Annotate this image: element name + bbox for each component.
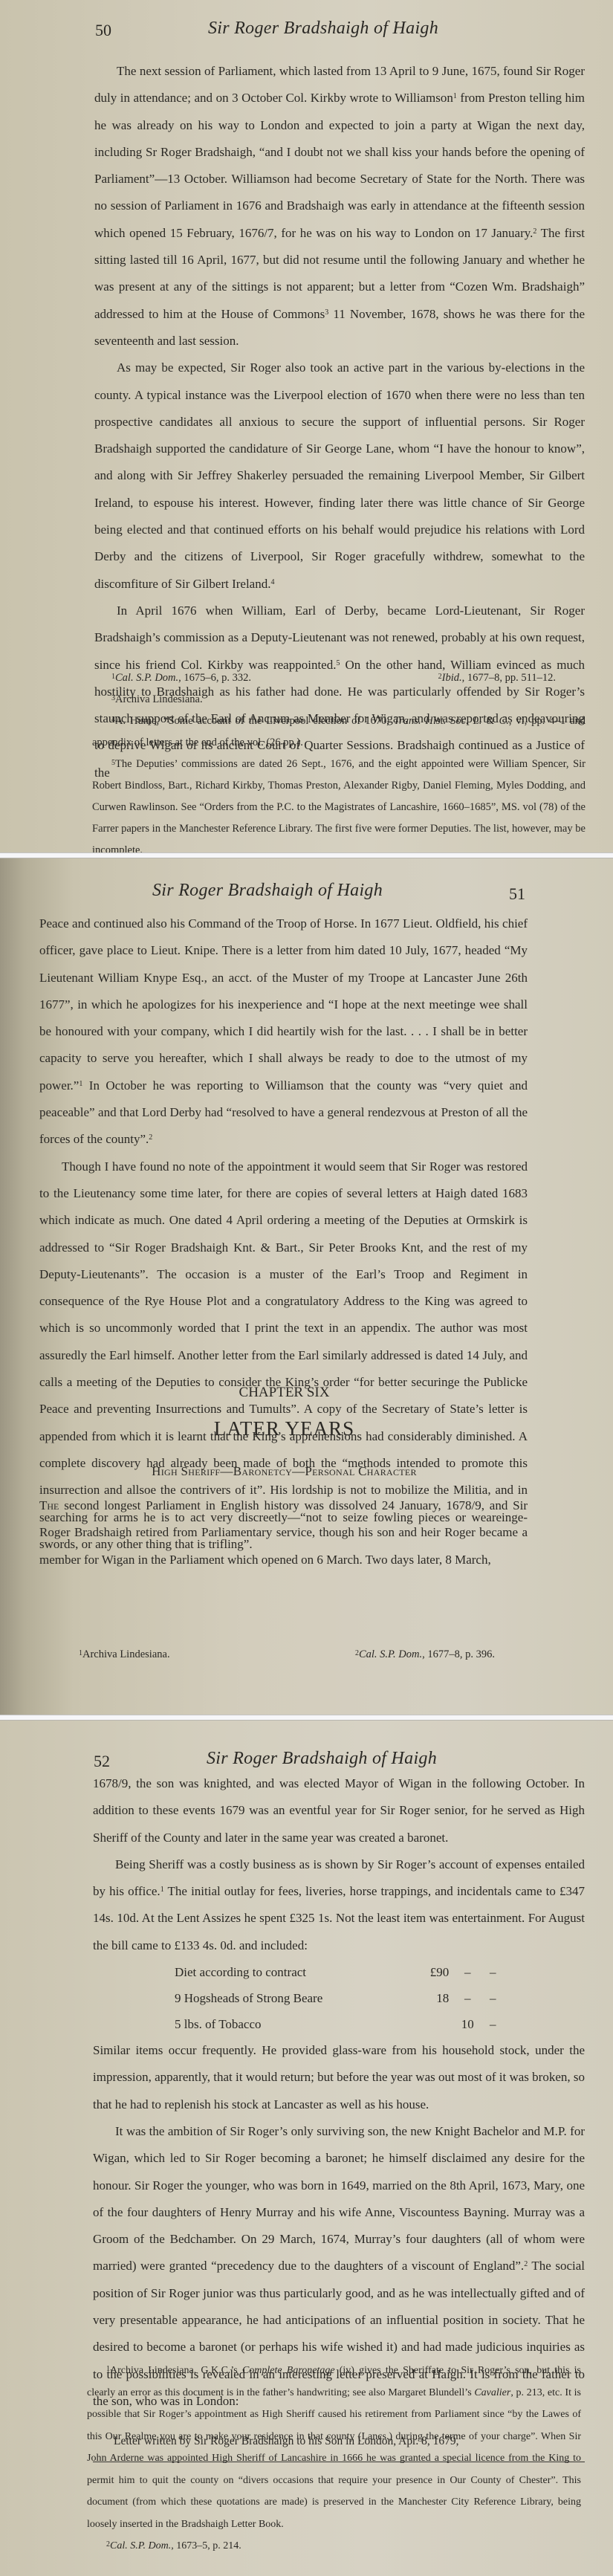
- footnote-ref: 5: [336, 659, 340, 667]
- table-row: 5 lbs. of Tobacco10–: [175, 2011, 505, 2037]
- page-number: 51: [509, 884, 525, 904]
- paragraph: The second longest Parliament in English…: [39, 1492, 528, 1573]
- paragraph: Being Sheriff was a costly business as i…: [93, 1851, 585, 1959]
- page-number: 50: [95, 21, 111, 40]
- drop-word: The: [39, 1498, 59, 1512]
- page-number: 52: [94, 1752, 110, 1771]
- table-row: Diet according to contract£90––: [175, 1959, 505, 1985]
- footnote-ref: 1: [160, 1886, 164, 1894]
- paragraph: Peace and continued also his Command of …: [39, 910, 528, 1153]
- footnote-ref: 3: [325, 308, 328, 317]
- footnote-ref: 2: [533, 227, 536, 236]
- paragraph: The next session of Parliament, which la…: [94, 58, 585, 355]
- footnote: 1Archiva Lindesiana. G.K.C.’s Complete B…: [87, 2360, 581, 2535]
- footnote-row: 1Cal. S.P. Dom., 1675–6, p. 332. 2Ibid.,…: [92, 667, 586, 689]
- page-separator: [0, 852, 613, 858]
- footnote-row: 1Archiva Lindesiana. 2Cal. S.P. Dom., 16…: [79, 1644, 495, 1666]
- running-head: Sir Roger Bradshaigh of Haigh: [207, 1749, 437, 1769]
- chapter-subtitle: High Sheriff—Baronetcy—Personal Characte…: [0, 1464, 568, 1479]
- running-head: Sir Roger Bradshaigh of Haigh: [152, 881, 383, 901]
- footnote-ref: 4: [270, 578, 274, 586]
- footnote: 2Cal. S.P. Dom., 1673–5, p. 214.: [87, 2535, 581, 2557]
- footnote: 4A. Hume, “Some account of the Liverpool…: [92, 711, 586, 754]
- expense-table: Diet according to contract£90–– 9 Hogshe…: [175, 1959, 505, 2037]
- chapter-opening: The second longest Parliament in English…: [39, 1492, 528, 1573]
- chapter-label: CHAPTER SIX: [0, 1385, 568, 1401]
- footnote-ref: 1: [79, 1080, 82, 1088]
- footnote: 5The Deputies’ commissions are dated 26 …: [92, 754, 586, 852]
- book-page-52: 52 Sir Roger Bradshaigh of Haigh 1678/9,…: [0, 1721, 613, 2576]
- footnotes: 1Archiva Lindesiana. G.K.C.’s Complete B…: [87, 2360, 581, 2557]
- body-text: 1678/9, the son was knighted, and was el…: [93, 1770, 585, 2462]
- book-page-50: 50 Sir Roger Bradshaigh of Haigh The nex…: [0, 0, 613, 852]
- table-row: 9 Hogsheads of Strong Beare18––: [175, 1985, 505, 2011]
- body-text: Peace and continued also his Command of …: [39, 910, 528, 1558]
- footnote-ref: 1: [453, 92, 457, 100]
- chapter-title: LATER YEARS: [0, 1417, 568, 1440]
- book-page-51: Sir Roger Bradshaigh of Haigh 51 Peace a…: [0, 858, 613, 1715]
- footnotes: 1Cal. S.P. Dom., 1675–6, p. 332. 2Ibid.,…: [92, 667, 586, 852]
- paragraph: Similar items occur frequently. He provi…: [93, 2037, 585, 2118]
- paragraph: As may be expected, Sir Roger also took …: [94, 355, 585, 598]
- footnotes: 1Archiva Lindesiana. 2Cal. S.P. Dom., 16…: [79, 1644, 495, 1666]
- running-head: Sir Roger Bradshaigh of Haigh: [208, 19, 438, 39]
- page-separator: [0, 1715, 613, 1721]
- paragraph: 1678/9, the son was knighted, and was el…: [93, 1770, 585, 1851]
- footnote-ref: 2: [524, 2260, 528, 2268]
- footnote-ref: 2: [149, 1133, 152, 1142]
- footnote: 3Archiva Lindesiana.: [92, 689, 586, 711]
